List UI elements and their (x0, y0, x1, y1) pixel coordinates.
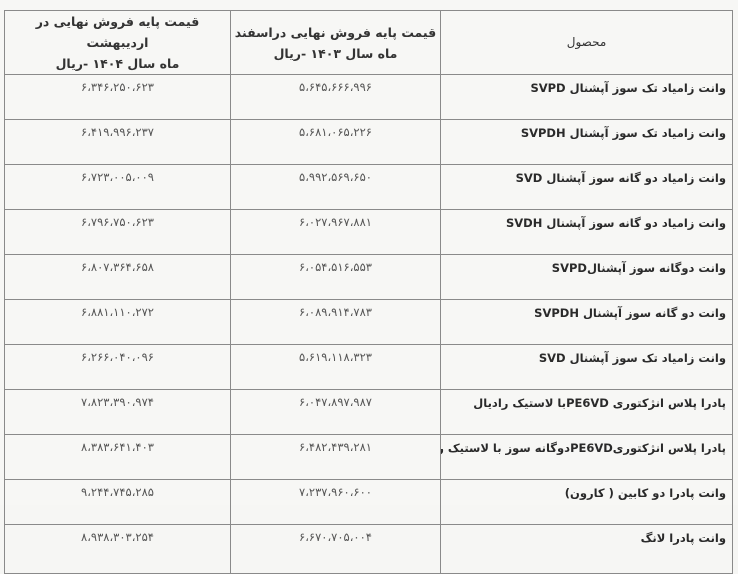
price-ordibehesht-1404: ۶،۸۸۱،۱۱۰،۲۷۲ (5, 300, 231, 345)
product-name: وانت دوگانه سوز آپشنالSVPD (441, 255, 733, 300)
table-header-row: محصول قیمت پایه فروش نهایی دراسفند ماه س… (5, 11, 733, 75)
table-row: وانت زامیاد تک سوز آپشنال SVD ۵،۶۱۹،۱۱۸،… (5, 345, 733, 390)
table-row: وانت زامیاد تک سوز آپشنال SVPDH ۵،۶۸۱،۰۶… (5, 120, 733, 165)
table-row: وانت دوگانه سوز آپشنالSVPD ۶،۰۵۴،۵۱۶،۵۵۳… (5, 255, 733, 300)
table-row: وانت زامیاد دو گانه سوز آپشنال SVD ۵،۹۹۲… (5, 165, 733, 210)
header-product-label: محصول (567, 35, 607, 49)
header-esfand-line1: قیمت پایه فروش نهایی دراسفند (231, 22, 440, 43)
price-table: محصول قیمت پایه فروش نهایی دراسفند ماه س… (4, 10, 733, 505)
header-product: محصول (441, 11, 733, 75)
price-esfand-1403: ۷،۲۳۷،۹۶۰،۶۰۰ (231, 480, 441, 506)
price-ordibehesht-1404: ۷،۸۲۳،۳۹۰،۹۷۴ (5, 390, 231, 435)
price-esfand-1403: ۵،۶۴۵،۶۶۶،۹۹۶ (231, 75, 441, 120)
price-list-document: محصول قیمت پایه فروش نهایی دراسفند ماه س… (0, 0, 738, 505)
table-row: پادرا پلاس انژکتوریPE6VDدوگانه سوز با لا… (5, 435, 733, 480)
price-esfand-1403: ۵،۶۸۱،۰۶۵،۲۲۶ (231, 120, 441, 165)
price-ordibehesht-1404: ۸،۳۸۳،۶۴۱،۴۰۳ (5, 435, 231, 480)
product-name: وانت زامیاد تک سوز آپشنال SVPDH (441, 120, 733, 165)
price-ordibehesht-1404: ۶،۴۱۹،۹۹۶،۲۳۷ (5, 120, 231, 165)
table-row: وانت دو گانه سوز آپشنال SVPDH ۶،۰۸۹،۹۱۴،… (5, 300, 733, 345)
header-price-ordibehesht-1404: قیمت پایه فروش نهایی در اردیبهشت ماه سال… (5, 11, 231, 75)
product-name: وانت پادرا دو کابین ( کارون) (441, 480, 733, 506)
price-ordibehesht-1404: ۶،۳۴۶،۲۵۰،۶۲۳ (5, 75, 231, 120)
price-ordibehesht-1404: ۶،۸۰۷،۳۶۴،۶۵۸ (5, 255, 231, 300)
table-row: وانت پادرا دو کابین ( کارون) ۷،۲۳۷،۹۶۰،۶… (5, 480, 733, 506)
price-ordibehesht-1404: ۹،۲۴۴،۷۴۵،۲۸۵ (5, 480, 231, 506)
price-esfand-1403: ۵،۹۹۲،۵۶۹،۶۵۰ (231, 165, 441, 210)
header-esfand-line2: ماه سال ۱۴۰۳ -ریال (231, 43, 440, 64)
table-row: وانت زامیاد دو گانه سوز آپشنال SVDH ۶،۰۲… (5, 210, 733, 255)
header-price-esfand-1403: قیمت پایه فروش نهایی دراسفند ماه سال ۱۴۰… (231, 11, 441, 75)
price-esfand-1403: ۶،۰۵۴،۵۱۶،۵۵۳ (231, 255, 441, 300)
price-esfand-1403: ۶،۴۸۲،۴۳۹،۲۸۱ (231, 435, 441, 480)
product-name: پادرا پلاس انژکتوریPE6VDدوگانه سوز با لا… (441, 435, 733, 480)
price-ordibehesht-1404: ۶،۷۹۶،۷۵۰،۶۲۳ (5, 210, 231, 255)
price-esfand-1403: ۵،۶۱۹،۱۱۸،۳۲۳ (231, 345, 441, 390)
price-esfand-1403: ۶،۰۴۷،۸۹۷،۹۸۷ (231, 390, 441, 435)
table-row: پادرا پلاس انژکتوری PE6VDبا لاستیک رادیا… (5, 390, 733, 435)
price-ordibehesht-1404: ۶،۷۲۳،۰۰۵،۰۰۹ (5, 165, 231, 210)
product-name: وانت دو گانه سوز آپشنال SVPDH (441, 300, 733, 345)
product-name: وانت زامیاد دو گانه سوز آپشنال SVDH (441, 210, 733, 255)
product-name: وانت زامیاد تک سوز آپشنال SVPD (441, 75, 733, 120)
price-esfand-1403: ۶،۰۲۷،۹۶۷،۸۸۱ (231, 210, 441, 255)
product-name: وانت زامیاد دو گانه سوز آپشنال SVD (441, 165, 733, 210)
table-row: وانت زامیاد تک سوز آپشنال SVPD ۵،۶۴۵،۶۶۶… (5, 75, 733, 120)
price-esfand-1403: ۶،۰۸۹،۹۱۴،۷۸۳ (231, 300, 441, 345)
product-name: پادرا پلاس انژکتوری PE6VDبا لاستیک رادیا… (441, 390, 733, 435)
header-ordibehesht-line1: قیمت پایه فروش نهایی در اردیبهشت (5, 11, 230, 53)
product-name: وانت زامیاد تک سوز آپشنال SVD (441, 345, 733, 390)
header-ordibehesht-line2: ماه سال ۱۴۰۴ -ریال (5, 53, 230, 74)
price-ordibehesht-1404: ۶،۲۶۶،۰۴۰،۰۹۶ (5, 345, 231, 390)
